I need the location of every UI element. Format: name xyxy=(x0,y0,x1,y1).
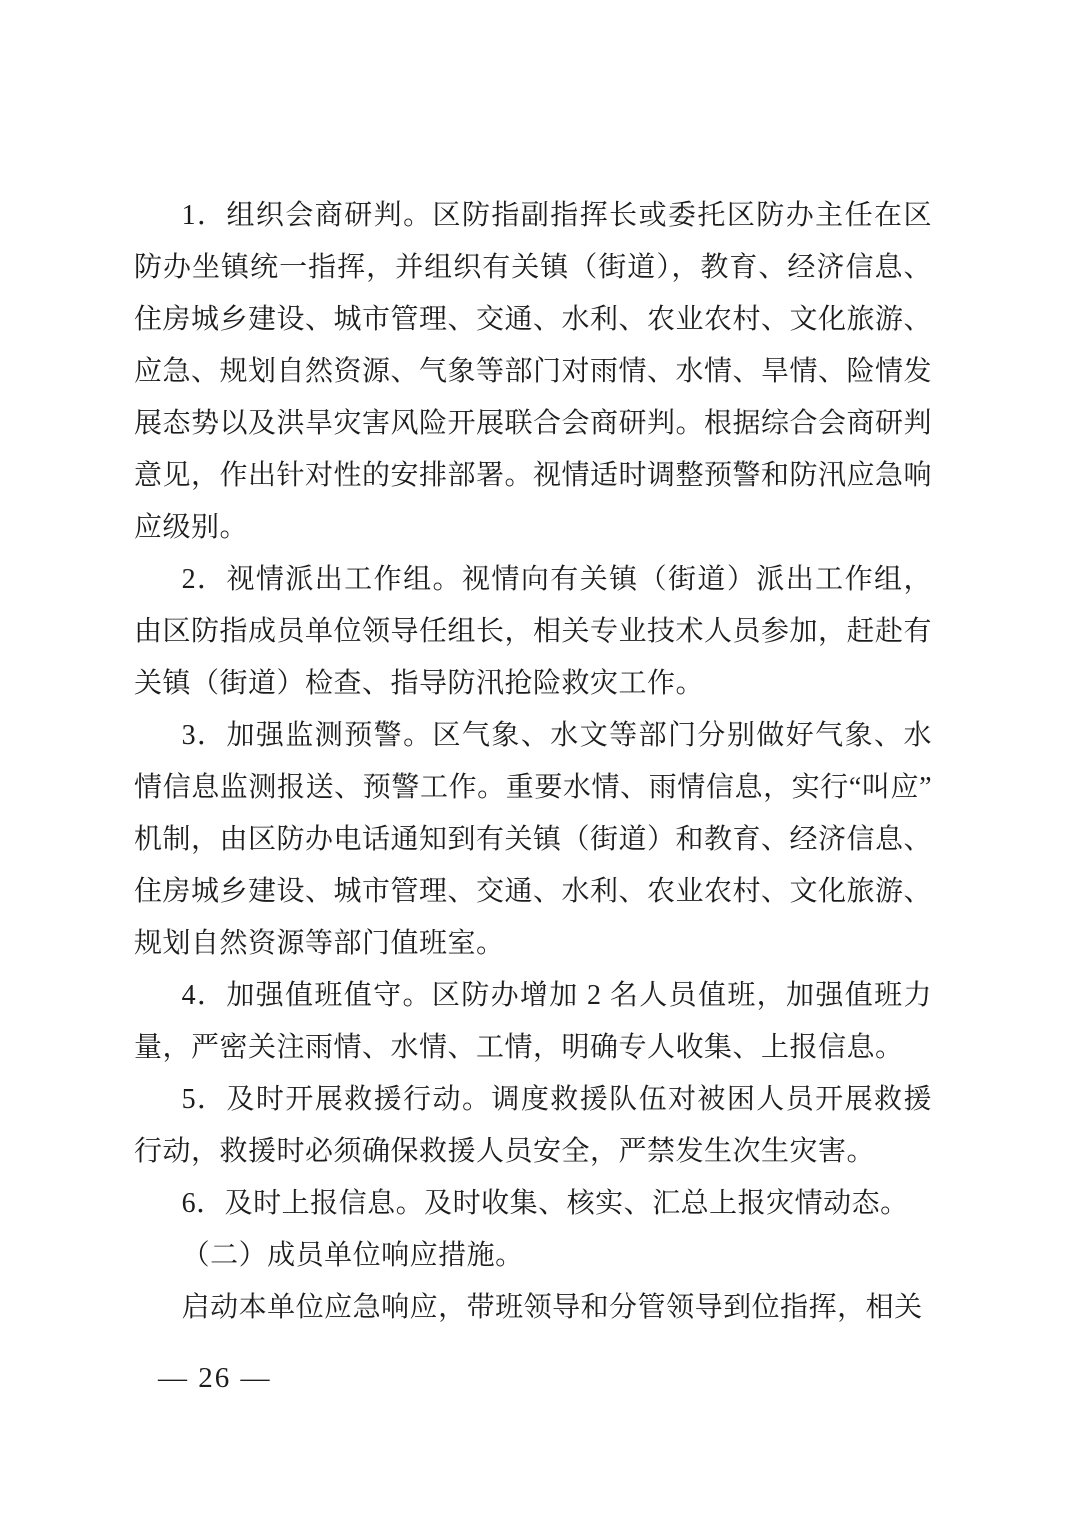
paragraph-measure-6: 6．及时上报信息。及时收集、核实、汇总上报灾情动态。 xyxy=(134,1178,932,1230)
paragraph-member-unit-response: 启动本单位应急响应，带班领导和分管领导到位指挥，相关 xyxy=(134,1282,932,1334)
paragraph-measure-2: 2．视情派出工作组。视情向有关镇（街道）派出工作组，由区防指成员单位领导任组长，… xyxy=(134,554,932,710)
paragraph-section-heading: （二）成员单位响应措施。 xyxy=(134,1230,932,1282)
document-page: 1．组织会商研判。区防指副指挥长或委托区防办主任在区防办坐镇统一指挥，并组织有关… xyxy=(0,0,1074,1520)
paragraph-measure-4: 4．加强值班值守。区防办增加 2 名人员值班，加强值班力量，严密关注雨情、水情、… xyxy=(134,970,932,1074)
paragraph-measure-3: 3．加强监测预警。区气象、水文等部门分别做好气象、水情信息监测报送、预警工作。重… xyxy=(134,710,932,970)
paragraph-measure-1: 1．组织会商研判。区防指副指挥长或委托区防办主任在区防办坐镇统一指挥，并组织有关… xyxy=(134,190,932,554)
paragraph-measure-5: 5．及时开展救援行动。调度救援队伍对被困人员开展救援行动，救援时必须确保救援人员… xyxy=(134,1074,932,1178)
document-body-text: 1．组织会商研判。区防指副指挥长或委托区防办主任在区防办坐镇统一指挥，并组织有关… xyxy=(134,190,932,1334)
page-number: — 26 — xyxy=(158,1360,272,1396)
